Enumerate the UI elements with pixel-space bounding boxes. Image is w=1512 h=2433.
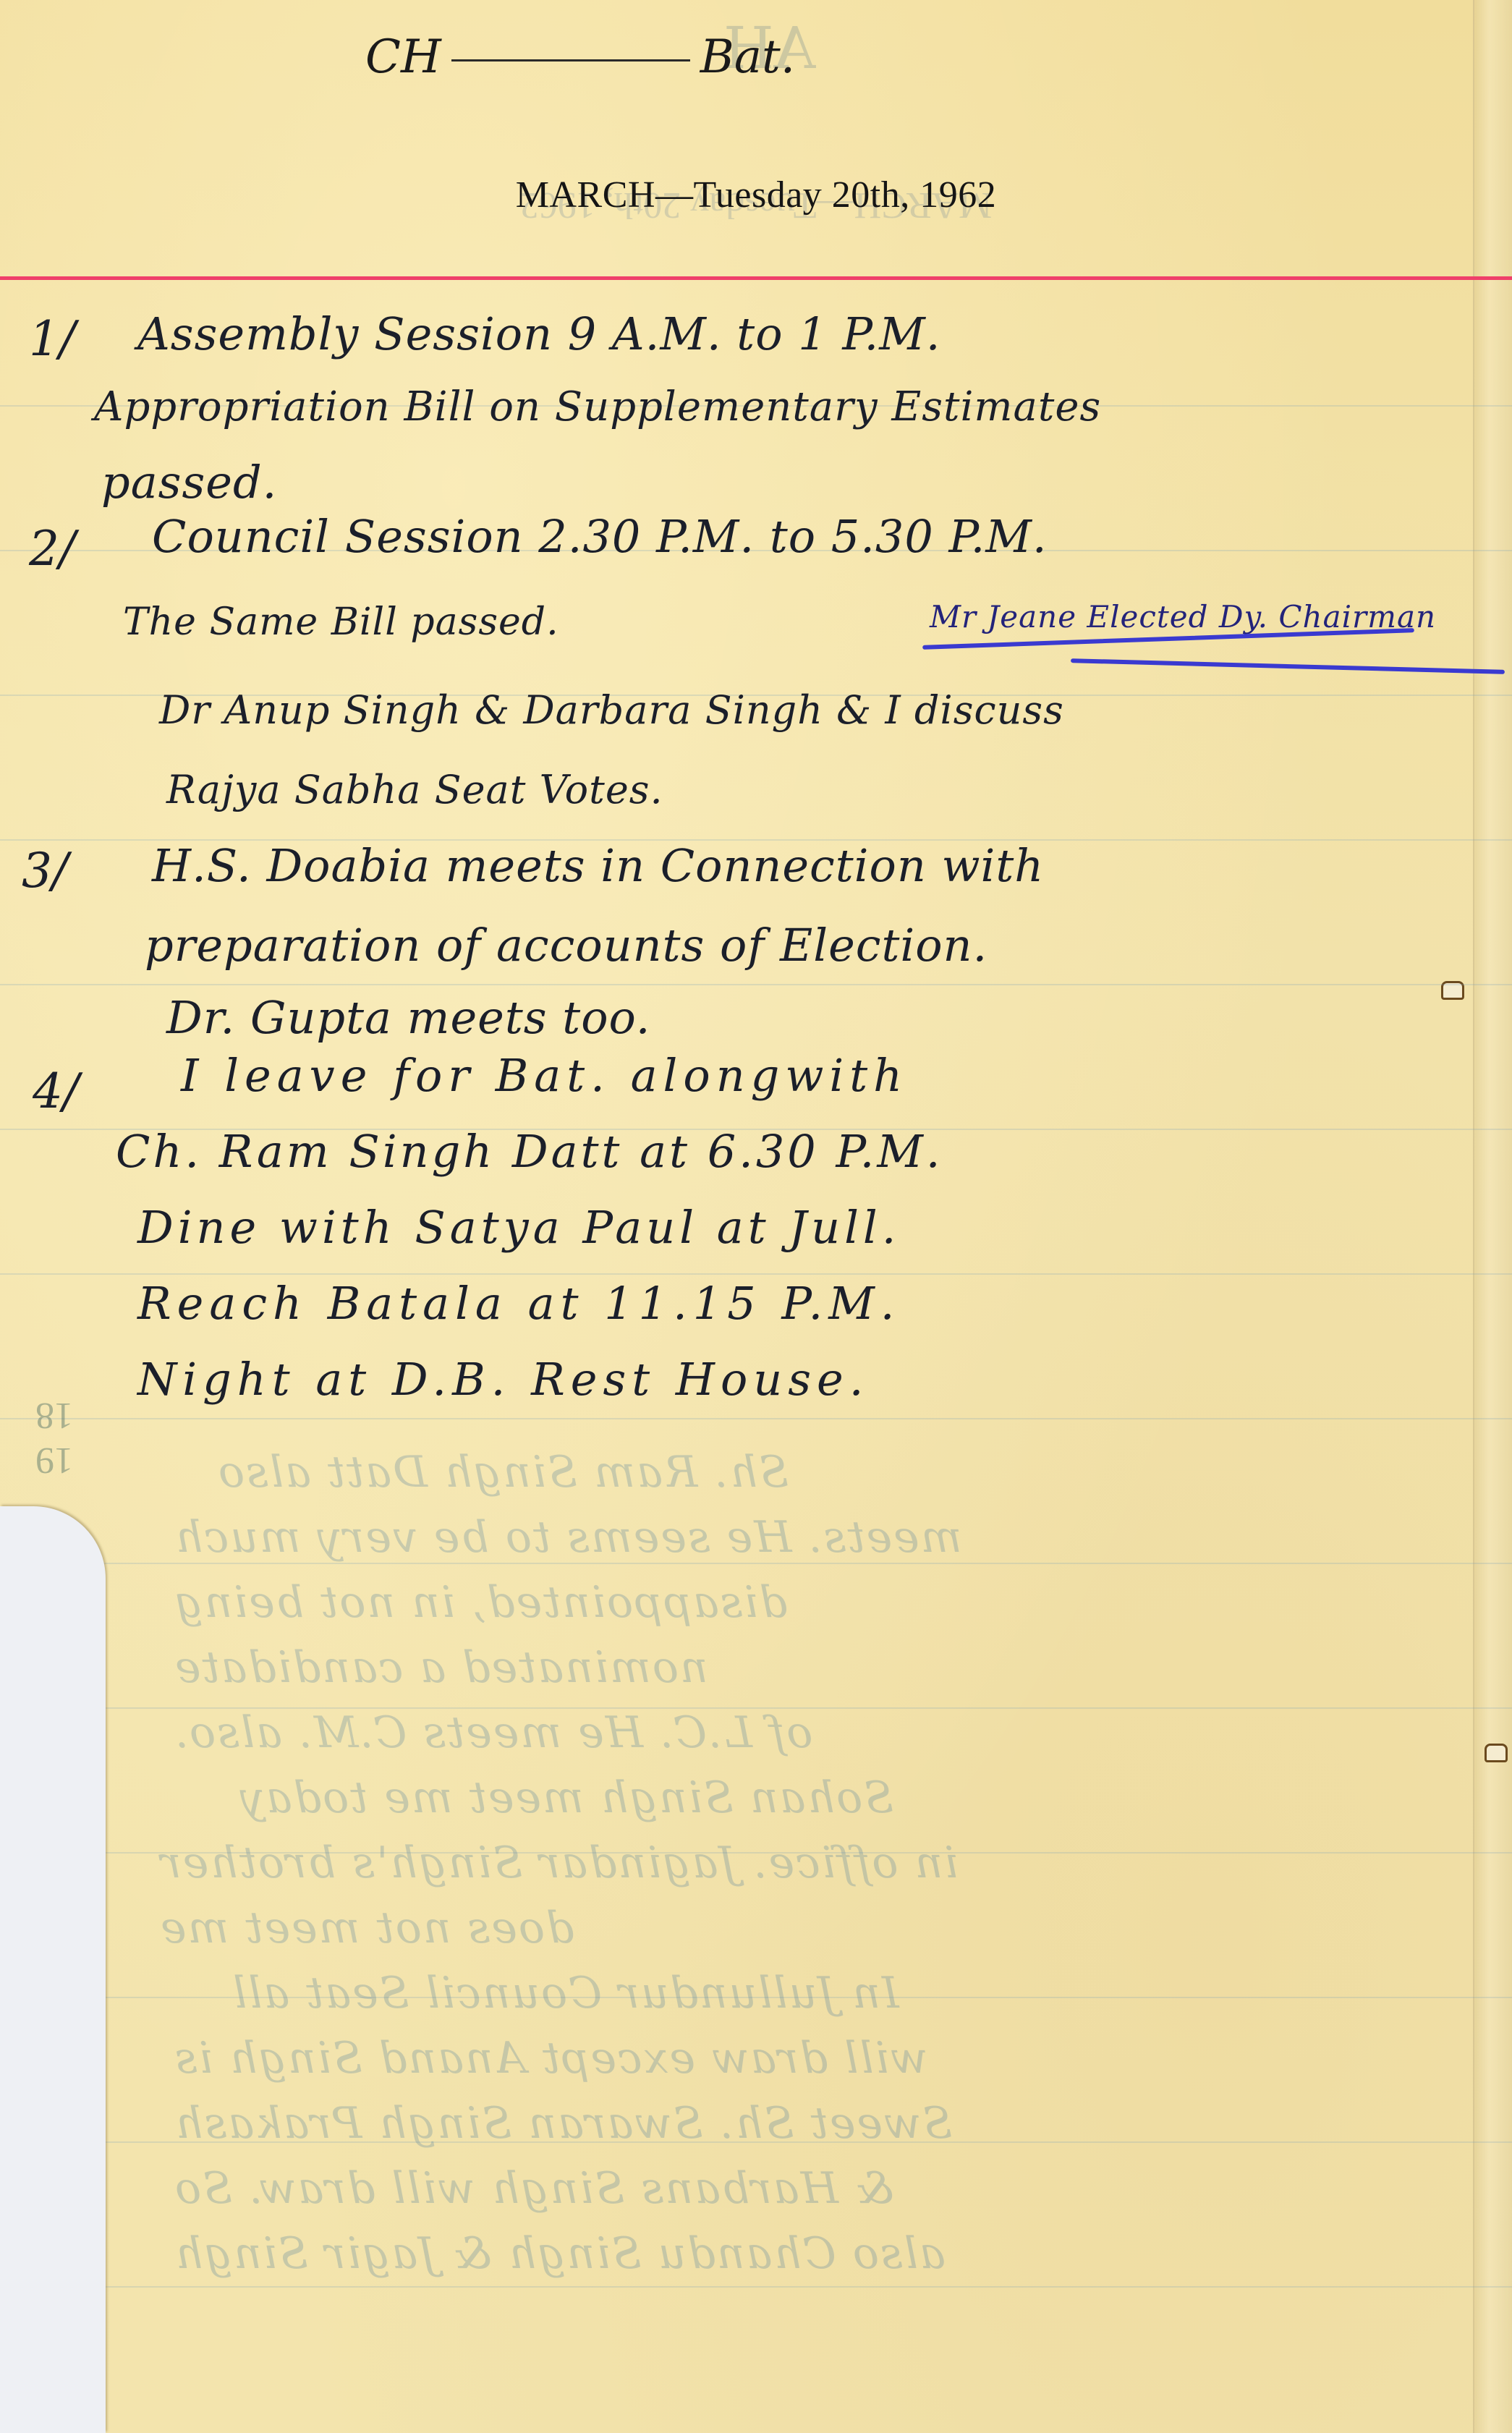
entry-number: 2/ [29,521,75,577]
bleed-through-line: & Harbans Singh will draw. So [174,2163,893,2214]
bleed-through-line: In Jullundur Council Seat all [232,1968,899,2018]
page-fold-edge [1473,0,1512,2433]
entry-4-line-3: Dine with Satya Paul at Jull. [137,1201,900,1254]
date-header: MARCH—Tuesday 20th, 1962 [0,174,1512,216]
blue-underline [1071,658,1505,674]
entry-number: 4/ [33,1063,79,1119]
ruled-line [0,1418,1512,1419]
margin-page-numbers: 19 18 [29,1393,80,1482]
red-rule-line [0,276,1512,280]
top-annotation-right: Bat. [700,30,795,84]
ruled-line [0,1273,1512,1275]
entry-4-line-5: Night at D.B. Rest House. [137,1353,869,1406]
entry-4-line-1: I leave for Bat. alongwith [181,1049,908,1102]
margin-page-number: 19 [29,1438,80,1482]
entry-4-line-2: Ch. Ram Singh Datt at 6.30 P.M. [116,1125,943,1178]
margin-page-number: 18 [29,1393,80,1438]
ruled-line [0,1563,1512,1564]
bleed-through-line: of L.C. He meets C.M. also. [174,1707,812,1758]
top-annotation-left: CH [365,30,441,84]
entry-1-line-1: Assembly Session 9 A.M. to 1 P.M. [137,307,940,360]
bleed-through-line: Sohan Singh meet me today [239,1772,893,1823]
entry-3-line-3: Dr. Gupta meets too. [166,991,651,1044]
bleed-through-line: Sweet Sh. Swaran Singh Prakash [174,2098,952,2149]
entry-3-line-1: H.S. Doabia meets in Connection with [152,839,1044,892]
entry-4-line-4: Reach Batala at 11.15 P.M. [137,1277,900,1330]
entry-2-blue-annotation: Mr Jeane Elected Dy. Chairman [930,599,1436,634]
entry-2-line-4: Rajya Sabha Seat Votes. [166,767,663,812]
entry-2-line-2: The Same Bill passed. [123,600,559,644]
bleed-through-line: meets. He seems to be very much [174,1512,962,1563]
entry-3-line-2: preparation of accounts of Election. [145,919,988,972]
entry-1-line-2: Appropriation Bill on Supplementary Esti… [94,383,1101,430]
bleed-through-line: disappointed, in not being [174,1577,787,1628]
ruled-line [0,2286,1512,2288]
connector-line [451,59,690,61]
ruled-line [0,984,1512,985]
bleed-through-line: Sh. Ram Singh Datt also [217,1447,789,1498]
index-tab-cutout [0,1506,106,2433]
entry-1-line-3: passed. [101,456,277,509]
bleed-through-line: also Chandu Singh & Jagir Singh [174,2228,946,2279]
bleed-through-line: nominated a candidate [174,1642,708,1693]
entry-number: 3/ [22,843,68,899]
diary-page: AH CHBat. MARCH—Tuesday 20th, 1962 MARCH… [0,0,1512,2433]
bleed-through-line: will draw except Anand Singh is [174,2033,927,2084]
bleed-through-line: does not meet me [159,1903,574,1953]
top-annotation: CHBat. [365,30,795,84]
entry-2-line-3: Dr Anup Singh & Darbara Singh & I discus… [159,687,1064,733]
staple-bottom-icon [1485,1744,1508,1762]
bleed-through-line: in office. Jagindar Singh's brother [159,1838,958,1888]
entry-number: 1/ [29,311,75,367]
entry-2-line-1: Council Session 2.30 P.M. to 5.30 P.M. [152,510,1048,563]
